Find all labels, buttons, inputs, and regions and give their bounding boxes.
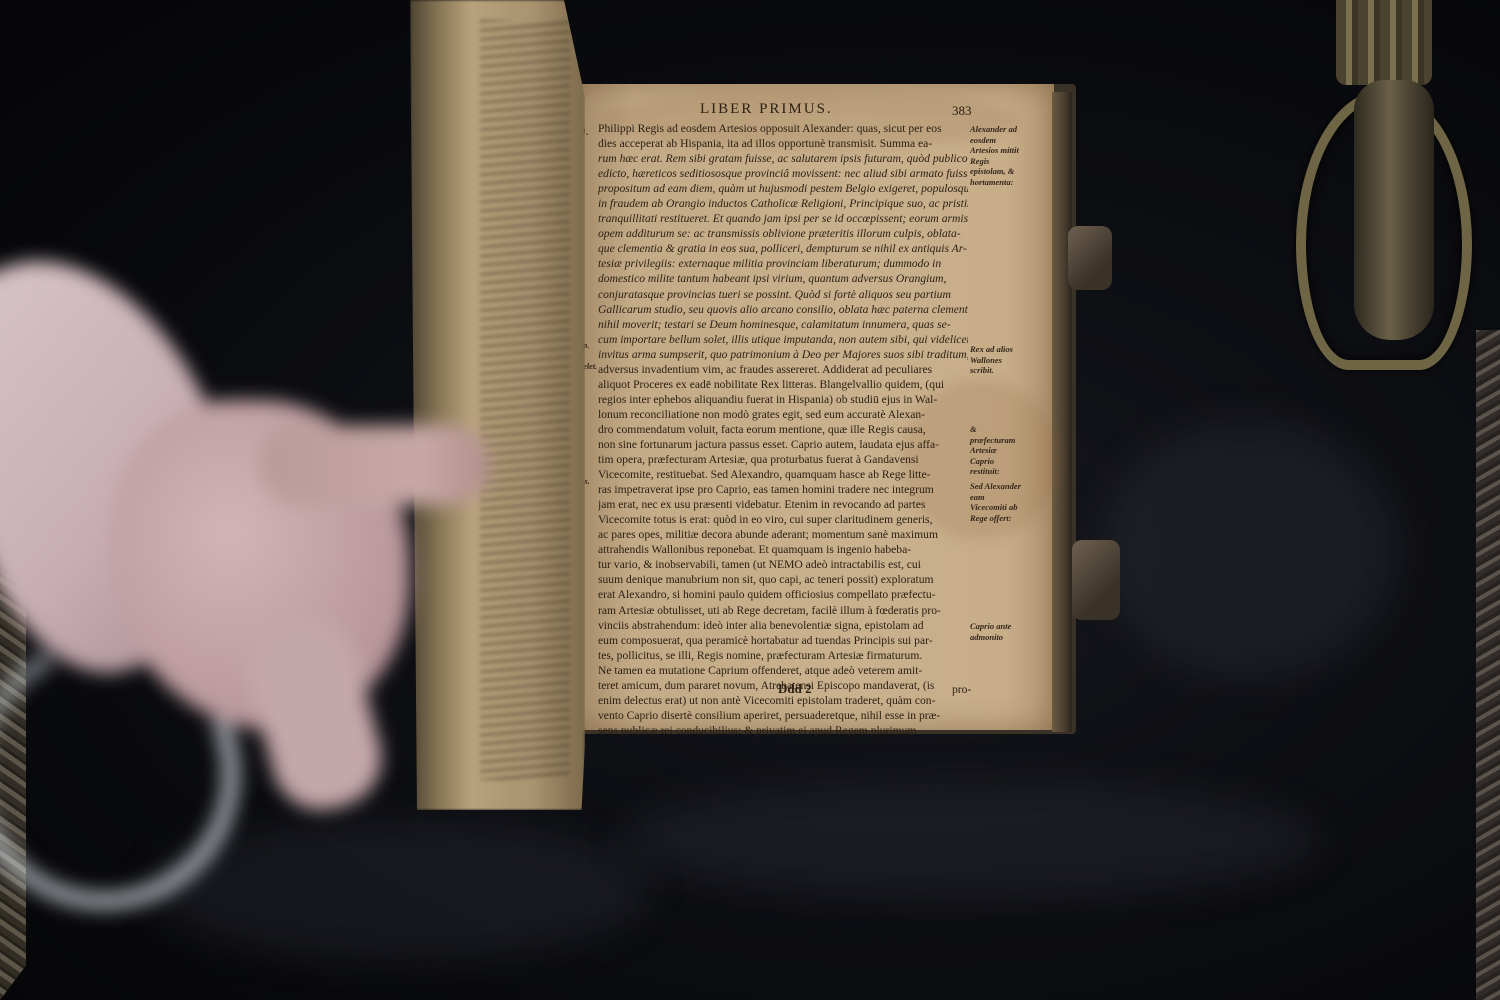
signature-mark: Ddd 2 (778, 681, 812, 697)
text-line: tes, pollicitus, se illi, Regis nomine, … (598, 648, 968, 663)
velvet-fold (150, 820, 650, 960)
text-line: suum denique manubrium non sit, quo capi… (598, 572, 968, 587)
blurred-hand (0, 250, 520, 820)
text-line: tranquillitati restitueret. Et quando ja… (598, 211, 968, 226)
text-line: nihil moverit; testari se Deum hominesqu… (598, 317, 968, 332)
text-line: que clementia & gratia in eos sua, polli… (598, 241, 968, 256)
knocker-cuff (1336, 0, 1432, 85)
text-line: Vicecomite totus is erat: quòd in eo vir… (598, 512, 968, 527)
catchword: pro- (952, 683, 971, 696)
text-line: edicto, hæreticos seditiososque provinci… (598, 166, 968, 181)
text-line: vinciis abstrahendum: ideò inter alia be… (598, 618, 968, 633)
text-line: Vicecomite, restituebat. Sed Alexandro, … (598, 467, 968, 482)
text-line: dies acceperat ab Hispania, ita ad illos… (598, 136, 968, 151)
text-line: erat Alexandro, si homini paulo quidem o… (598, 587, 968, 602)
text-line: domestico milite tantum habeant ipsi vir… (598, 271, 968, 286)
text-line: ras impetraverat ipse pro Caprio, eas ta… (598, 482, 968, 497)
velvet-fold (620, 780, 1320, 900)
text-line: tim opera, præfecturam Artesiæ, qua prot… (598, 452, 968, 467)
text-line: eum composuerat, qua peramicè hortabatur… (598, 633, 968, 648)
text-line: Philippi Regis ad eosdem Artesios opposu… (598, 121, 968, 136)
text-line: conjuratasque provincias tueri se possin… (598, 287, 968, 302)
right-margin-note: Rex ad alios Wallones scribit. (970, 344, 1022, 376)
page-number: 383 (952, 103, 972, 119)
text-line: ac pares opes, militiæ decora abunde ade… (598, 527, 968, 542)
text-line: ram Artesiæ obtulisset, uti ab Rege decr… (598, 603, 968, 618)
text-line: adversus invadentium vim, ac fraudes ass… (598, 362, 968, 377)
body-text: Philippi Regis ad eosdem Artesios opposu… (598, 121, 968, 738)
text-line: regios inter ephebos aliquandiu fuerat i… (598, 392, 968, 407)
text-line: rum hæc erat. Rem sibi gratam fuisse, ac… (598, 151, 968, 166)
text-line: invitus arma sumpserit, quo patrimonium … (598, 347, 968, 362)
right-margin-note: Caprio ante admonito (970, 621, 1022, 642)
text-line: in fraudem ab Orangio inductos Catholicæ… (598, 196, 968, 211)
right-margin-note: Alexander ad eosdem Artesios mittit Regi… (970, 124, 1022, 188)
text-line: Ne tamen ea mutatione Caprium offenderet… (598, 663, 968, 678)
book-clasp-bottom (1072, 540, 1120, 620)
text-line: Gallicarum studio, seu quovis alio arcan… (598, 302, 968, 317)
thumb (260, 425, 490, 505)
right-margin-note: Sed Alexander eam Vicecomiti ab Rege off… (970, 481, 1022, 523)
text-line: lonum reconciliatione non modò grates eg… (598, 407, 968, 422)
text-line: opem additurum se: ac transmissis oblivi… (598, 226, 968, 241)
text-line: propositum ad eam diem, quàm ut hujusmod… (598, 181, 968, 196)
text-line: non sine fortunarum jactura passus esset… (598, 437, 968, 452)
text-line: jam erat, nec ex usu præsenti videbatur.… (598, 497, 968, 512)
right-margin-note: & præfecturam Artesiæ Caprio restituit: (970, 424, 1022, 477)
text-line: cum importare bellum solet, illis utique… (598, 332, 968, 347)
running-head: LIBER PRIMUS. (700, 101, 833, 118)
text-line: vento Caprio disertè consilium aperiret,… (598, 708, 968, 723)
page-block-edge (1052, 92, 1072, 732)
brass-hand-door-knocker (1296, 0, 1472, 372)
text-line: dro commendatum voluit, facta eorum ment… (598, 422, 968, 437)
velvet-fold (1100, 420, 1400, 680)
knocker-fist (1354, 80, 1434, 340)
text-line: aliquot Proceres ex eadē nobilitate Rex … (598, 377, 968, 392)
book-clasp-top (1068, 226, 1112, 290)
text-line: tesiæ privilegiis: externaque militia pr… (598, 256, 968, 271)
text-line: attrahendis Wallonibus reponebat. Et qua… (598, 542, 968, 557)
marble-surface-right (1476, 330, 1500, 1000)
text-line: tur vario, & inobservabili, tamen (ut NE… (598, 557, 968, 572)
text-line: sens publicæ rei conducibilius: & privat… (598, 723, 968, 738)
